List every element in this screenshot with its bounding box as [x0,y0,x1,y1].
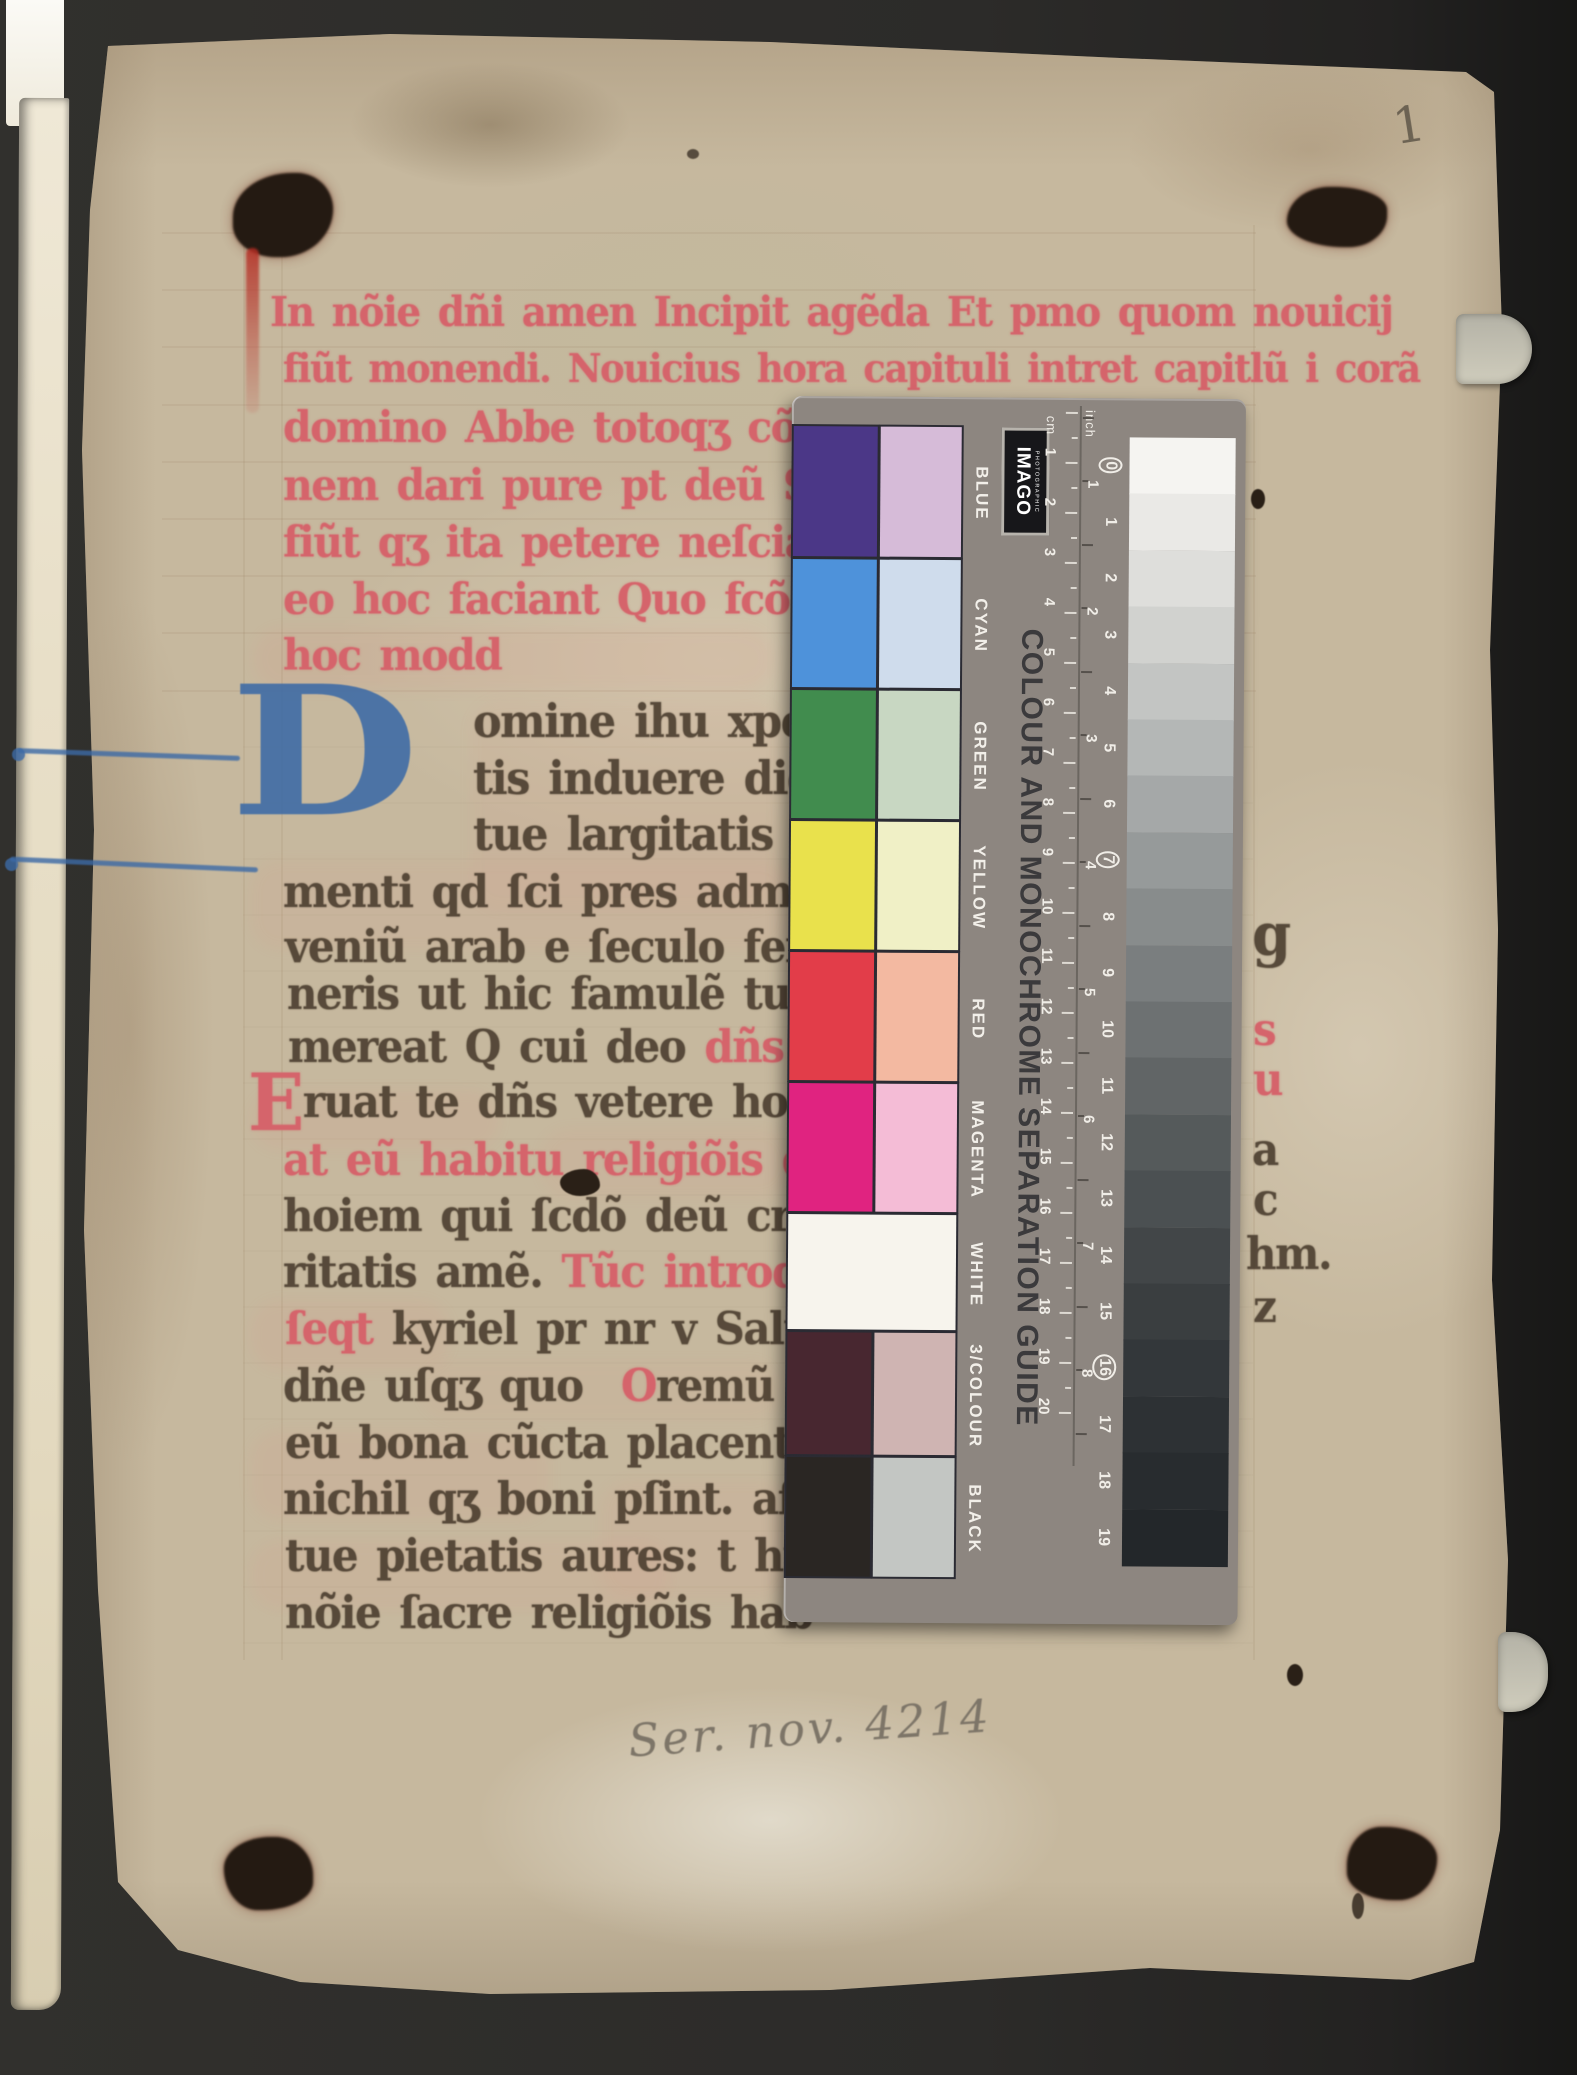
cm-tick [1064,662,1076,664]
step-number-10: 10 [1089,1001,1123,1057]
ink-text: hm. [1246,1228,1331,1280]
cm-tick [1065,562,1077,564]
grayscale-step-4 [1128,663,1234,721]
patch-white [787,1214,956,1330]
patch-green-pale [878,691,960,820]
step-number-13: 13 [1088,1170,1122,1226]
ink-speck [560,1169,600,1196]
cm-tick [1059,1412,1071,1414]
inch-tick [1079,925,1090,927]
step-number-6: 6 [1091,775,1125,831]
patch-green [791,690,876,819]
cm-tick [1060,1312,1072,1314]
cm-number-5: 5 [1040,648,1057,656]
circled-step-number: 7 [1096,851,1120,868]
ink-text: dñe uſqʒ quo [283,1360,621,1412]
text-fragment-2: u [1253,1058,1282,1103]
inch-tick [1076,1433,1087,1435]
ink-text: nichil qʒ boni pſint. aſſu [283,1473,840,1525]
cm-number-11: 11 [1038,948,1055,964]
patch-yellow-pale [877,822,959,951]
ink-text: z [1253,1281,1275,1333]
inch-tick [1077,1306,1088,1308]
cm-half-tick [1070,637,1076,639]
rubric-text: s [1253,1004,1275,1056]
cm-half-tick [1071,587,1077,589]
card-title: COLOUR AND MONOCHROME SEPARATION GUIDE [986,537,1049,1517]
cm-half-tick [1066,1287,1072,1289]
imago-brand-subtext: PHOTOGRAPHIC [1033,450,1039,513]
ink-text: kyriel pr nr v Salu [392,1303,813,1355]
cm-tick [1063,762,1075,764]
patch-black [786,1457,871,1577]
cm-half-tick [1070,687,1076,689]
grayscale-step-7 [1127,832,1233,890]
text-fragment-4: c [1253,1178,1277,1223]
grayscale-step-12 [1125,1114,1231,1172]
cm-half-tick [1069,787,1075,789]
step-number-1: 1 [1093,493,1127,549]
cm-number-18: 18 [1036,1298,1053,1315]
text-fragment-5: hm. [1246,1232,1331,1277]
grayscale-step-16 [1123,1340,1229,1398]
initial-flourish-dot-bottom [5,858,18,871]
step-number-2: 2 [1093,550,1127,606]
ink-text: nõie ſacre religiõis hab [285,1587,813,1639]
cm-half-tick [1069,887,1075,889]
inch-tick [1078,1052,1089,1054]
step-number-0: 0 [1093,437,1127,493]
cm-number-13: 13 [1037,1048,1054,1065]
cm-tick [1060,1212,1072,1214]
step-number-5: 5 [1091,719,1125,775]
cm-half-tick [1065,1387,1071,1389]
cm-half-tick [1071,537,1077,539]
ink-text: eũ bona cũcta placent Su [285,1417,868,1469]
cm-tick [1064,712,1076,714]
patch-3colour-pale [874,1333,956,1456]
ruling-line-horizontal [243,1642,1253,1644]
grayscale-step-15 [1123,1283,1229,1341]
grayscale-step-18 [1122,1453,1228,1511]
cm-half-tick [1065,1337,1071,1339]
grayscale-step-13 [1124,1171,1230,1229]
grayscale-step-17 [1123,1396,1229,1454]
imago-brand-text: IMAGO [1011,447,1033,517]
text-line-1: fiũt monendi. Nouicius hora capituli int… [283,349,1420,388]
cm-number-1: 1 [1042,448,1059,456]
ink-text: ruat te dñs vetere hoiẽ [303,1076,827,1128]
cm-tick [1059,1362,1071,1364]
text-fragment-0: g [1252,905,1290,964]
grayscale-step-0 [1129,437,1235,495]
ink-text: ritatis amẽ. [283,1246,561,1298]
text-line-14: Eruat te dñs vetere hoiẽ [248,1080,827,1125]
imago-logo: IMAGO PHOTOGRAPHIC [1001,427,1050,535]
circled-step-number: 0 [1098,457,1122,474]
text-line-18: ſeqt kyriel pr nr v Salu [285,1307,813,1352]
cm-number-17: 17 [1036,1248,1053,1265]
patch-magenta [788,1083,873,1212]
inch-tick [1082,544,1093,546]
cm-half-tick [1068,987,1074,989]
color-separation-card: BLUECYANGREENYELLOWREDMAGENTAWHITE3/COLO… [783,396,1246,1625]
grayscale-step-1 [1129,494,1235,552]
patch-black-pale [873,1458,955,1578]
cm-number-7: 7 [1039,748,1056,756]
grayscale-step-2 [1129,550,1235,608]
cm-tick [1062,1012,1074,1014]
text-line-0: In nõie dñi amen Incipit agẽda Et pmo qu… [270,292,1393,333]
illuminated-initial-d: D [230,662,419,841]
text-line-19: dñe uſqʒ quo Oremũ [283,1364,774,1409]
cm-number-16: 16 [1036,1198,1053,1215]
rubric-text: u [1253,1054,1282,1106]
ink-text: c [1253,1174,1277,1226]
grayscale-step-19 [1122,1509,1228,1567]
cm-tick [1061,1062,1073,1064]
binding-tab-upper [1456,314,1532,384]
rubric-text: ſeqt [285,1303,392,1355]
rubric-text: O [621,1360,656,1412]
binding-tab-lower [1498,1632,1548,1712]
cm-tick [1064,612,1076,614]
step-number-3: 3 [1092,606,1126,662]
flyleaf-edge [11,98,69,2010]
inch-ruler-label: inch [1083,410,1098,438]
patch-blue [793,426,878,557]
cm-half-tick [1066,1237,1072,1239]
text-fragment-6: z [1253,1285,1275,1330]
cm-tick [1062,912,1074,914]
ink-text: tue pietatis aures: t hunc [285,1530,865,1582]
text-line-23: nõie ſacre religiõis hab [285,1591,813,1636]
rubric-text: In nõie dñi amen Incipit agẽda Et pmo qu… [270,288,1393,337]
cm-half-tick [1071,487,1077,489]
cm-number-12: 12 [1038,998,1055,1015]
cm-half-tick [1068,937,1074,939]
text-line-20: eũ bona cũcta placent Su [285,1421,868,1466]
cm-half-tick [1070,737,1076,739]
cm-tick [1063,862,1075,864]
patch-red [789,952,874,1081]
cm-half-tick [1068,1037,1074,1039]
cm-tick [1063,812,1075,814]
cm-number-20: 20 [1035,1398,1052,1415]
rubric-text: fiũt monendi. Nouicius hora capituli int… [283,345,1420,392]
cm-tick [1061,1112,1073,1114]
inch-tick [1083,417,1094,419]
step-number-4: 4 [1092,663,1126,719]
cm-number-2: 2 [1041,498,1058,506]
cm-half-tick [1066,1187,1072,1189]
patch-magenta-pale [875,1084,957,1213]
grayscale-step-9 [1126,945,1232,1003]
step-number-9: 9 [1090,945,1124,1001]
inch-tick [1078,1179,1089,1181]
patch-yellow [790,821,875,950]
cm-tick [1061,1162,1073,1164]
binding-hole-bottom-left [224,1837,313,1910]
inch-tick [1080,798,1091,800]
patch-red-pale [876,953,958,1082]
cm-tick [1060,1262,1072,1264]
step-number-11: 11 [1089,1057,1123,1113]
pigment-drip [246,248,259,413]
text-line-22: tue pietatis aures: t hunc [285,1534,865,1579]
patch-3colour [787,1332,872,1455]
ink-speck [1251,489,1265,509]
cm-number-9: 9 [1039,848,1056,856]
cm-number-6: 6 [1040,698,1057,706]
step-number-8: 8 [1090,888,1124,944]
ink-speck [1287,1664,1303,1686]
text-line-21: nichil qʒ boni pſint. aſſu [283,1477,840,1522]
grayscale-step-11 [1125,1058,1231,1116]
circled-step-number: 16 [1092,1355,1116,1381]
ink-text: remũ [656,1360,774,1412]
ink-speck [1352,1893,1364,1919]
grayscale-step-3 [1128,607,1234,665]
text-fragment-3: a [1252,1128,1278,1173]
step-number-16: 16 [1087,1339,1121,1395]
grayscale-step-14 [1124,1227,1230,1285]
grayscale-step-8 [1126,889,1232,947]
cm-tick [1066,462,1078,464]
step-number-19: 19 [1086,1509,1120,1565]
cm-number-15: 15 [1037,1148,1054,1165]
cm-ruler-label: cm [1044,416,1059,435]
step-number-15: 15 [1087,1283,1121,1339]
cm-tick [1065,512,1077,514]
cm-number-10: 10 [1038,898,1055,915]
cm-half-tick [1072,437,1078,439]
patch-cyan [792,559,877,688]
ink-text: mereat Q cui deo [288,1021,704,1073]
cm-tick [1062,962,1074,964]
ink-text: hoiem qui ſcdõ deũ crea [283,1190,842,1242]
inch-tick [1081,671,1092,673]
cm-tick [1066,412,1078,414]
cm-number-8: 8 [1039,798,1056,806]
step-number-12: 12 [1089,1114,1123,1170]
binding-hole-top-right [1287,187,1387,247]
text-line-16: hoiem qui ſcdõ deũ crea [283,1194,842,1239]
patch-cyan-pale [879,560,961,689]
cm-half-tick [1067,1087,1073,1089]
binding-hole-bottom-right [1347,1827,1437,1900]
text-fragment-1: s [1253,1008,1275,1053]
cm-half-tick [1067,1137,1073,1139]
step-number-18: 18 [1086,1452,1120,1508]
ink-text: a [1252,1124,1278,1176]
cm-number-3: 3 [1041,548,1058,556]
photo-frame: In nõie dñi amen Incipit agẽda Et pmo qu… [0,0,1577,2075]
ink-text: g [1252,900,1290,970]
patch-blue-pale [880,427,962,558]
cm-number-14: 14 [1037,1098,1054,1115]
grayscale-step-5 [1127,719,1233,777]
initial-flourish-dot-top [12,748,25,761]
cm-half-tick [1069,837,1075,839]
grayscale-step-10 [1125,1001,1231,1059]
step-number-14: 14 [1088,1227,1122,1283]
step-number-7: 7 [1091,832,1125,888]
ruling-line-vertical [243,225,245,1660]
step-number-17: 17 [1087,1396,1121,1452]
grayscale-step-6 [1127,776,1233,834]
ink-speck [687,149,699,159]
cm-number-4: 4 [1041,598,1058,606]
cm-number-19: 19 [1035,1348,1052,1365]
